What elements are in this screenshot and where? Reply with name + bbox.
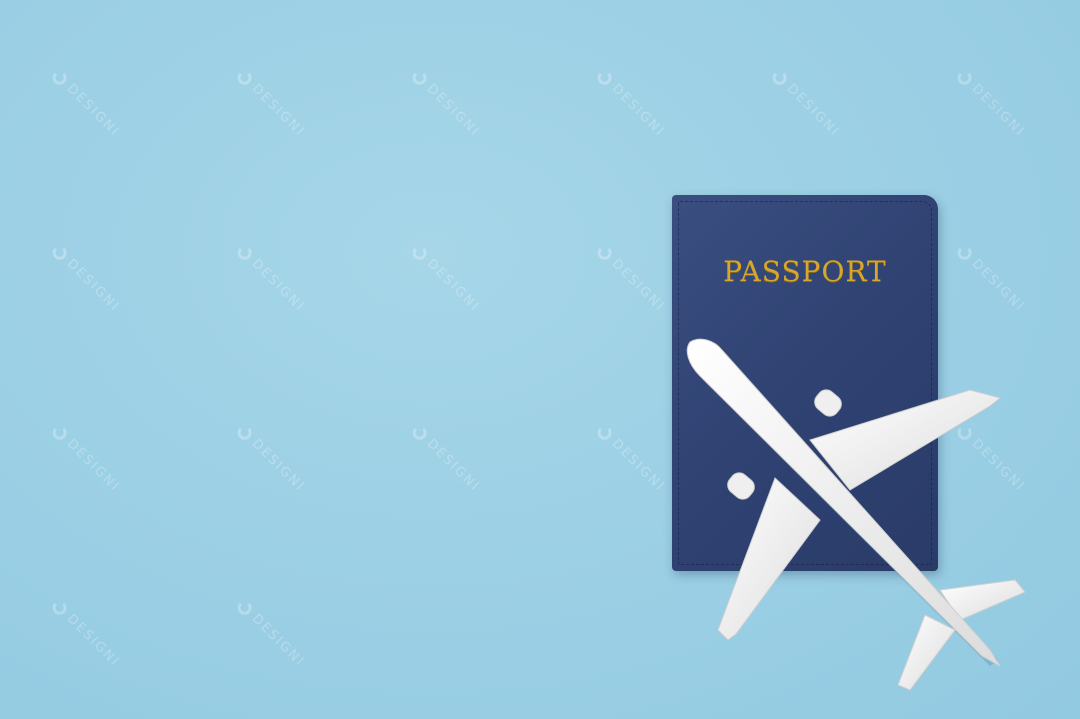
watermark: DESIGNI (770, 67, 843, 140)
watermark: DESIGNI (235, 597, 308, 670)
watermark-logo-icon (238, 600, 252, 614)
photo-scene: DESIGNIDESIGNIDESIGNIDESIGNIDESIGNIDESIG… (0, 0, 1080, 719)
watermark-logo-icon (958, 70, 972, 84)
watermark: DESIGNI (50, 242, 123, 315)
watermark-text: DESIGNI (609, 256, 668, 315)
watermark-logo-icon (53, 245, 67, 259)
watermark-text: DESIGNI (64, 81, 123, 140)
watermark: DESIGNI (235, 67, 308, 140)
watermark: DESIGNI (955, 242, 1028, 315)
watermark: DESIGNI (50, 67, 123, 140)
watermark-logo-icon (238, 245, 252, 259)
watermark-text: DESIGNI (424, 436, 483, 495)
watermark-logo-icon (53, 425, 67, 439)
watermark-text: DESIGNI (249, 256, 308, 315)
watermark-logo-icon (413, 70, 427, 84)
watermark-logo-icon (413, 425, 427, 439)
watermark-text: DESIGNI (249, 436, 308, 495)
watermark-text: DESIGNI (969, 81, 1028, 140)
watermark-text: DESIGNI (249, 81, 308, 140)
watermark-text: DESIGNI (969, 256, 1028, 315)
watermark-text: DESIGNI (64, 611, 123, 670)
airplane-icon (670, 330, 1040, 700)
watermark: DESIGNI (410, 67, 483, 140)
watermark-logo-icon (773, 70, 787, 84)
watermark-text: DESIGNI (609, 81, 668, 140)
watermark-text: DESIGNI (64, 256, 123, 315)
watermark: DESIGNI (955, 67, 1028, 140)
watermark-logo-icon (598, 70, 612, 84)
watermark: DESIGNI (595, 242, 668, 315)
watermark-logo-icon (238, 70, 252, 84)
watermark: DESIGNI (50, 422, 123, 495)
watermark: DESIGNI (50, 597, 123, 670)
watermark: DESIGNI (595, 67, 668, 140)
watermark-logo-icon (958, 245, 972, 259)
watermark-logo-icon (413, 245, 427, 259)
watermark-logo-icon (53, 600, 67, 614)
watermark: DESIGNI (235, 422, 308, 495)
watermark: DESIGNI (410, 422, 483, 495)
watermark-logo-icon (598, 425, 612, 439)
watermark-text: DESIGNI (609, 436, 668, 495)
watermark-logo-icon (238, 425, 252, 439)
watermark-logo-icon (53, 70, 67, 84)
watermark-logo-icon (598, 245, 612, 259)
watermark: DESIGNI (235, 242, 308, 315)
watermark: DESIGNI (410, 242, 483, 315)
watermark-text: DESIGNI (424, 256, 483, 315)
watermark-text: DESIGNI (249, 611, 308, 670)
watermark-text: DESIGNI (64, 436, 123, 495)
passport-title: PASSPORT (672, 255, 938, 288)
watermark-text: DESIGNI (784, 81, 843, 140)
watermark-text: DESIGNI (424, 81, 483, 140)
watermark: DESIGNI (595, 422, 668, 495)
